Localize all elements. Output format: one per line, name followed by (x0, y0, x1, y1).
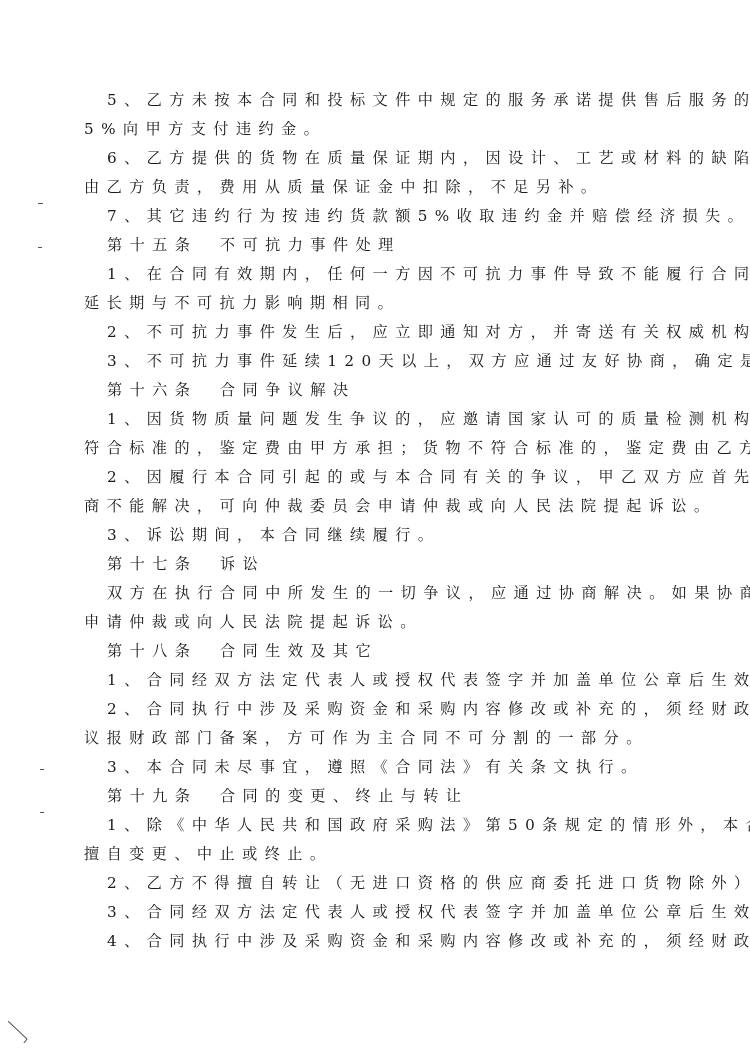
section-heading: 第十六条 合同争议解决 (84, 378, 659, 407)
paragraph-line: 双方在执行合同中所发生的一切争议，应通过协商解决。如果协商不能解决，可向仲裁委员… (84, 581, 659, 610)
paragraph-line: 1、在合同有效期内，任何一方因不可抗力事件导致不能履行合同，则合同履行期可延长，… (84, 262, 659, 291)
paragraph-line: 1、合同经双方法定代表人或授权代表签字并加盖单位公章后生效。 (84, 668, 659, 697)
paragraph-line: 1、因货物质量问题发生争议的，应邀请国家认可的质量检测机构对货物质量进行鉴定。货… (84, 407, 659, 436)
section-heading: 第十七条 诉讼 (84, 552, 659, 581)
paragraph-line: 延长期与不可抗力影响期相同。 (84, 291, 659, 320)
paragraph-line: 擅自变更、中止或终止。 (84, 842, 659, 871)
section-heading: 第十五条 不可抗力事件处理 (84, 233, 659, 262)
paragraph-line: 议报财政部门备案，方可作为主合同不可分割的一部分。 (84, 726, 659, 755)
paragraph-line: 3、本合同未尽事宜，遵照《合同法》有关条文执行。 (84, 755, 659, 784)
document-page: 5、乙方未按本合同和投标文件中规定的服务承诺提供售后服务的，乙方应按本合同合计金… (84, 88, 659, 958)
paragraph-line: 5%向甲方支付违约金。 (84, 117, 659, 146)
paragraph-line: 符合标准的，鉴定费由甲方承担；货物不符合标准的，鉴定费由乙方承担。 (84, 436, 659, 465)
margin-mark (38, 203, 43, 204)
paragraph-line: 3、诉讼期间，本合同继续履行。 (84, 523, 659, 552)
paragraph-line: 3、合同经双方法定代表人或授权代表签字并加盖单位公章后生效。 (84, 900, 659, 929)
paragraph-line: 6、乙方提供的货物在质量保证期内，因设计、工艺或材料的缺陷和其它质量原因造成的问… (84, 146, 659, 175)
paragraph-line: 7、其它违约行为按违约货款额5%收取违约金并赔偿经济损失。 (84, 204, 659, 233)
paragraph-line: 3、不可抗力事件延续120天以上，双方应通过友好协商，确定是否继续履行合同。 (84, 349, 659, 378)
paragraph-line: 2、合同执行中涉及采购资金和采购内容修改或补充的，须经财政部门审批，并签书面补充… (84, 697, 659, 726)
paragraph-line: 2、乙方不得擅自转让（无进口资格的供应商委托进口货物除外）其应履行的合同义务。 (84, 871, 659, 900)
paragraph-line: 2、不可抗力事件发生后，应立即通知对方，并寄送有关权威机构出具的证明。 (84, 320, 659, 349)
paragraph-line: 4、合同执行中涉及采购资金和采购内容修改或补充的，须经财政部门审批，并签书面补充… (84, 929, 659, 958)
margin-mark (38, 247, 42, 248)
section-heading: 第十八条 合同生效及其它 (84, 639, 659, 668)
corner-fold-mark (8, 1021, 30, 1043)
paragraph-line: 5、乙方未按本合同和投标文件中规定的服务承诺提供售后服务的，乙方应按本合同合计金… (84, 88, 659, 117)
margin-mark (40, 812, 44, 813)
section-heading: 第十九条 合同的变更、终止与转让 (84, 784, 659, 813)
paragraph-line: 2、因履行本合同引起的或与本合同有关的争议，甲乙双方应首先通过友好协商解决，如果… (84, 465, 659, 494)
paragraph-line: 由乙方负责，费用从质量保证金中扣除，不足另补。 (84, 175, 659, 204)
margin-mark (40, 769, 44, 770)
paragraph-line: 1、除《中华人民共和国政府采购法》第50条规定的情形外，本合同一经签订，甲乙双方… (84, 813, 659, 842)
paragraph-line: 申请仲裁或向人民法院提起诉讼。 (84, 610, 659, 639)
paragraph-line: 商不能解决，可向仲裁委员会申请仲裁或向人民法院提起诉讼。 (84, 494, 659, 523)
